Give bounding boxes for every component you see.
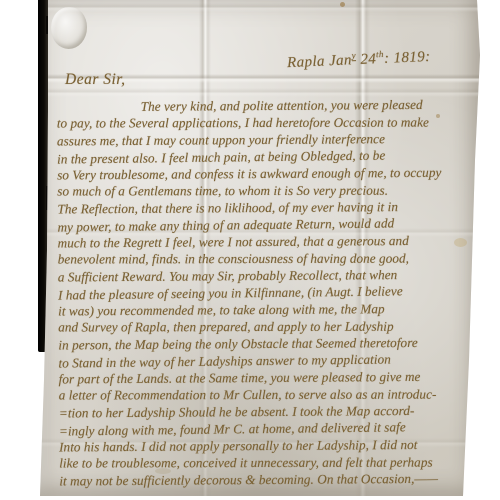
- embossed-stamp: [51, 7, 87, 49]
- letter-salutation: Dear Sir,: [65, 71, 125, 89]
- letter-dateline: Rapla Jany 24th: 1819:: [287, 47, 431, 72]
- horizontal-fold-crease: [39, 3, 480, 12]
- letter-line: like to be troublesome, conceived it unn…: [59, 453, 479, 471]
- letter-line: a letter of Recommendation to Mr Cullen,…: [59, 385, 479, 403]
- letter-line: The very kind, and polite attention, you…: [57, 96, 477, 116]
- letter-line: benevolent mind, finds. in the conscious…: [58, 249, 478, 267]
- letter-line: it may not be sufficiently decorous & be…: [59, 470, 479, 490]
- dateline-year: : 1819:: [384, 49, 431, 67]
- letter-line: to pay, to the Several applications, I h…: [57, 113, 477, 131]
- paper-stain: [340, 2, 345, 7]
- letter-photograph: Rapla Jany 24th: 1819: Dear Sir, The ver…: [0, 0, 500, 500]
- letter-line: and Survey of Rapla, then prepared, and …: [58, 317, 478, 335]
- letter-paper: Rapla Jany 24th: 1819: Dear Sir, The ver…: [39, 0, 480, 496]
- letter-line: so much of a Gentlemans time, to whom it…: [57, 181, 477, 199]
- dateline-place-month: Rapla Jan: [287, 52, 352, 71]
- dateline-day: 24: [356, 51, 377, 68]
- letter-body: The very kind, and polite attention, you…: [57, 96, 480, 490]
